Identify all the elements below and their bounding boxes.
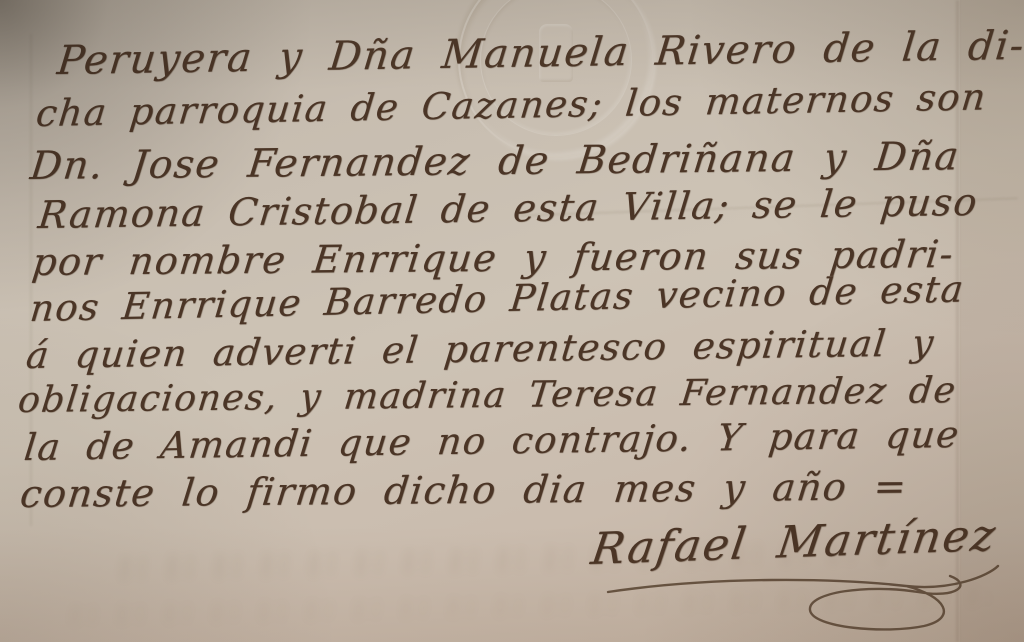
signature-flourish-icon (606, 560, 1006, 638)
manuscript-line-10: conste lo firmo dicho dia mes y año = (18, 464, 910, 516)
manuscript-photo: Peruyera y Dña Manuela Rivero de la di- … (0, 0, 1024, 642)
manuscript-line-9: la de Amandi que no contrajo. Y para que (22, 413, 962, 469)
manuscript-line-1: Peruyera y Dña Manuela Rivero de la di- (55, 23, 1024, 84)
manuscript-line-4: Ramona Cristobal de esta Villa; se le pu… (36, 180, 980, 237)
manuscript-line-7: á quien adverti el parentesco espiritual… (24, 321, 937, 377)
manuscript-line-3: Dn. Jose Fernandez de Bedriñana y Dña (28, 134, 962, 189)
embossed-seal-icon (458, 0, 654, 158)
manuscript-line-8: obligaciones, y madrina Teresa Fernandez… (16, 370, 959, 421)
manuscript-line-2: cha parroquia de Cazanes; los maternos s… (34, 75, 989, 135)
